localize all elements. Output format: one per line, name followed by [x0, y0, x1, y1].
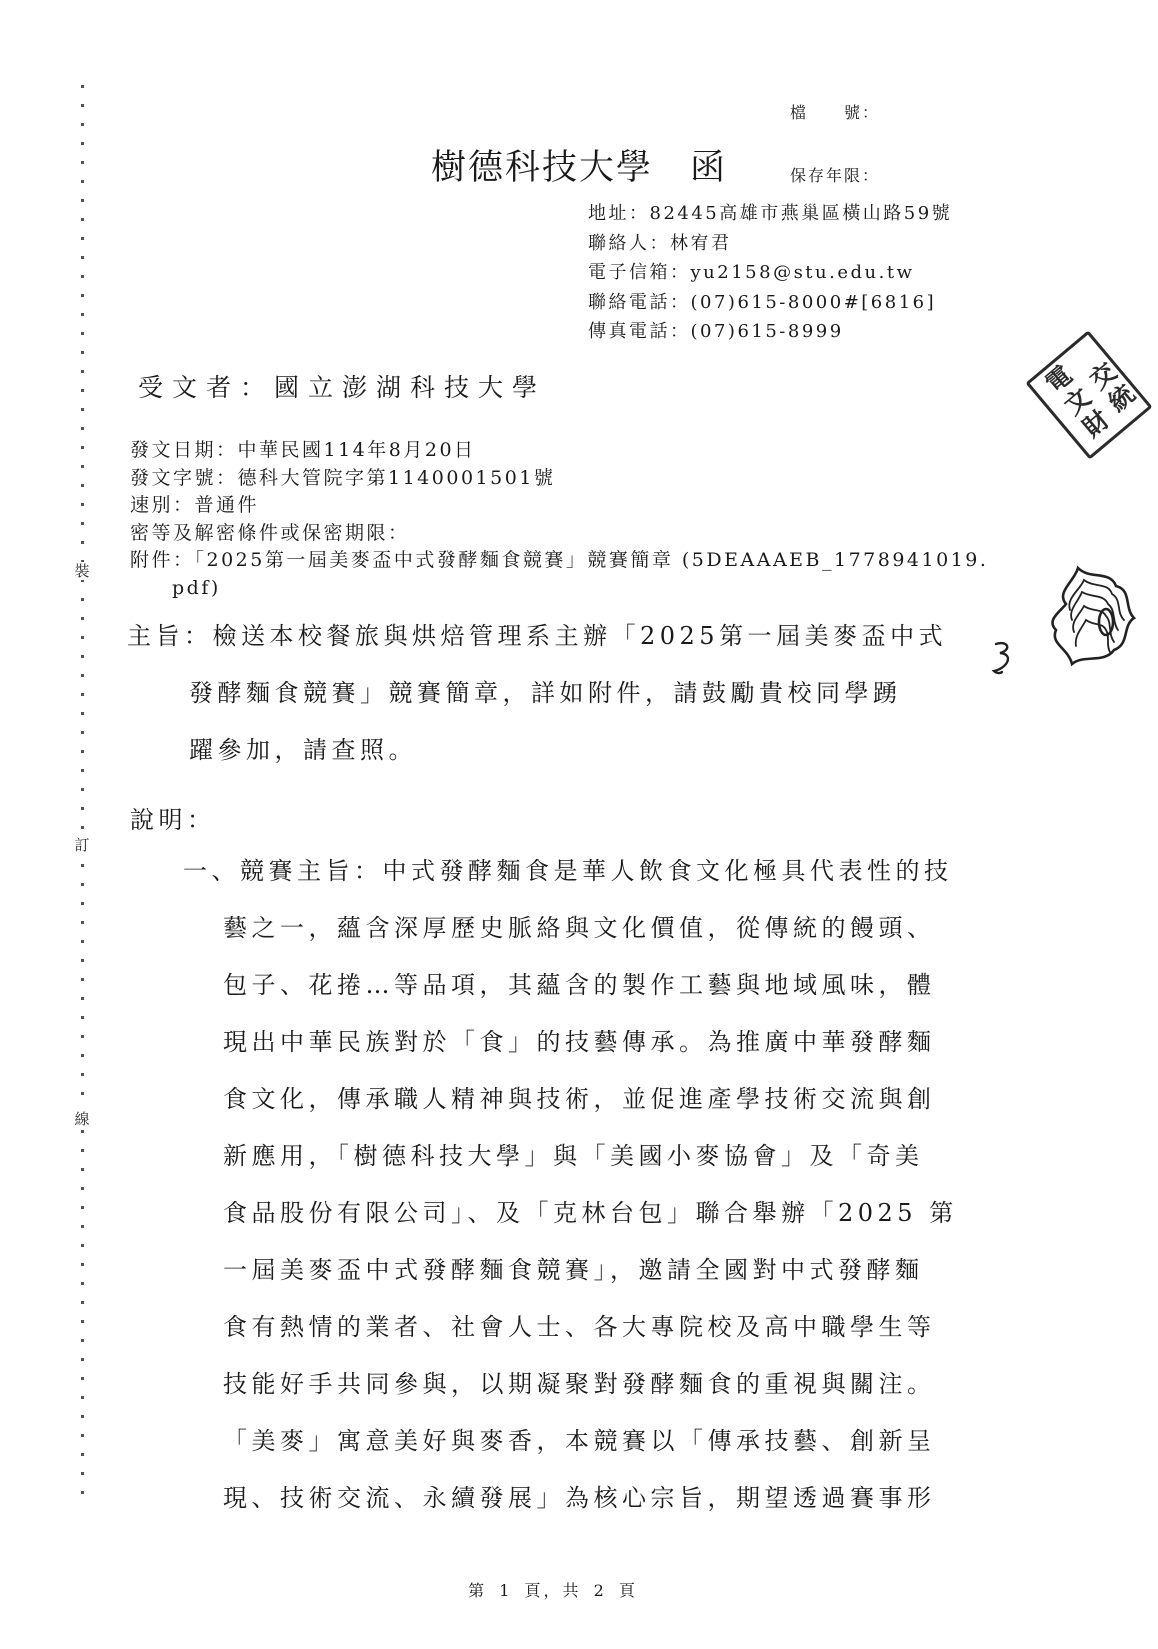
official-letter-page: 裝 訂 線 檔 號： 保存年限： 樹德科技大學 函 地址：82445高雄市燕巢區… [0, 0, 1158, 1649]
file-number-label: 檔 號： [790, 102, 880, 123]
sender-info-line: 電子信箱：yu2158@stu.edu.tw [588, 258, 952, 288]
body-line: 包子、花捲…等品項，其蘊含的製作工藝與地域風味，體 [183, 957, 958, 1014]
sender-info-line: 聯絡電話：(07)615-8000#[6816] [588, 288, 952, 318]
subject-line: 主旨：檢送本校餐旅與烘焙管理系主辦「2025第一屆美麥盃中式 [127, 608, 947, 665]
body-line: 食品股份有限公司」、及「克林台包」聯合舉辦「2025 第 [183, 1185, 958, 1242]
body-line: 現、技術交流、永續發展」為核心宗旨，期望透過賽事形 [183, 1470, 958, 1527]
explanation-heading: 說明： [130, 800, 216, 835]
body-line: 一、競賽主旨：中式發酵麵食是華人飲食文化極具代表性的技 [183, 843, 958, 900]
sender-info-line: 地址：82445高雄市燕巢區橫山路59號 [588, 199, 952, 229]
binding-mark-zhuang: 裝 [71, 562, 93, 580]
explanation-item-1: 一、競賽主旨：中式發酵麵食是華人飲食文化極具代表性的技藝之一，蘊含深厚歷史脈絡與… [183, 843, 958, 1527]
page-indicator: 第 1 頁，共 2 頁 [0, 1578, 1106, 1601]
body-line: 食文化，傳承職人精神與技術，並促進產學技術交流與創 [183, 1071, 958, 1128]
sender-info-line: 聯絡人：林宥君 [588, 229, 952, 259]
meta-line: 密等及解密條件或保密期限： [130, 520, 988, 548]
body-line: 食有熱情的業者、社會人士、各大專院校及高中職學生等 [183, 1299, 958, 1356]
document-title: 樹德科技大學 函 [0, 140, 1158, 190]
body-line: 現出中華民族對於「食」的技藝傳承。為推廣中華發酵麵 [183, 1014, 958, 1071]
body-line: 技能好手共同參與，以期凝聚對發酵麵食的重視與關注。 [183, 1356, 958, 1413]
binding-mark-ding: 訂 [71, 836, 93, 854]
meta-line: 發文日期：中華民國114年8月20日 [130, 437, 988, 465]
body-line: 藝之一，蘊含深厚歷史脈絡與文化價值，從傳統的饅頭、 [183, 900, 958, 957]
sender-info-line: 傳真電話：(07)615-8999 [588, 317, 952, 347]
binding-dotted-line [81, 85, 84, 1505]
body-line: 一屆美麥盃中式發酵麵食競賽」，邀請全國對中式發酵麵 [183, 1242, 958, 1299]
body-line: 新應用，「樹德科技大學」與「美國小麥協會」及「奇美 [183, 1128, 958, 1185]
recipient-line: 受文者：國立澎湖科技大學 [138, 368, 546, 404]
subject-line: 發酵麵食競賽」競賽簡章，詳如附件，請鼓勵貴校同學踴 [127, 665, 947, 722]
meta-line: 附件：「2025第一屆美麥盃中式發酵麵食競賽」競賽簡章 (5DEAAAEB_17… [130, 547, 988, 575]
meta-line: 發文字號：德科大管院字第1140001501號 [130, 465, 988, 493]
receipt-stamp: 電文財 交統 [1025, 330, 1152, 459]
subject-paragraph: 主旨：檢送本校餐旅與烘焙管理系主辦「2025第一屆美麥盃中式發酵麵食競賽」競賽簡… [127, 608, 947, 779]
subject-line: 躍參加，請查照。 [127, 722, 947, 779]
sender-info-block: 地址：82445高雄市燕巢區橫山路59號聯絡人：林宥君電子信箱：yu2158@s… [588, 199, 952, 347]
document-meta-block: 發文日期：中華民國114年8月20日發文字號：德科大管院字第1140001501… [130, 437, 988, 602]
meta-line: pdf) [130, 575, 988, 603]
meta-line: 速別：普通件 [130, 492, 988, 520]
body-line: 「美麥」寓意美好與麥香，本競賽以「傳承技藝、創新呈 [183, 1413, 958, 1470]
pen-mark [988, 638, 1022, 678]
embossed-seal-icon [1032, 560, 1144, 672]
binding-mark-xian: 線 [71, 1110, 93, 1128]
